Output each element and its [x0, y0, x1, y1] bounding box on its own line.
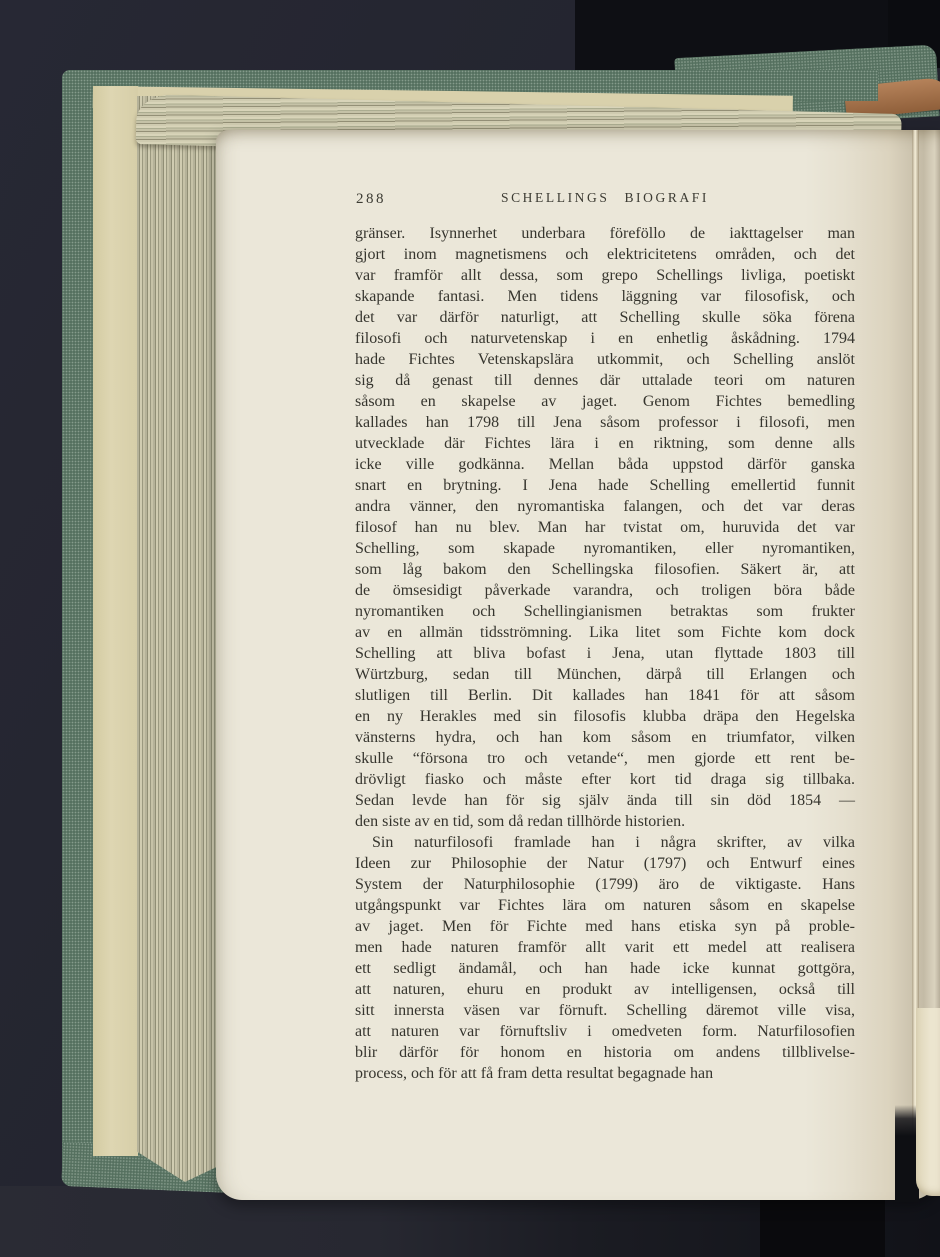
text-line: att naturen var förnuftsliv i omedveten … — [355, 1021, 855, 1042]
text-line: skulle “försona tro och vetande“, men gj… — [355, 748, 855, 769]
text-line: men hade naturen framför allt varit ett … — [355, 937, 855, 958]
text-line: ett sedligt ändamål, och han hade icke k… — [355, 958, 855, 979]
text-line: nyromantiken och Schellingianismen betra… — [355, 601, 855, 622]
text-line: en ny Herakles med sin filosofis klubba … — [355, 706, 855, 727]
text-line: såsom en skapelse av jaget. Genom Fichte… — [355, 391, 855, 412]
text-line: process, och för att få fram detta resul… — [355, 1063, 855, 1084]
text-line: andra vänner, den nyromantiska falangen,… — [355, 496, 855, 517]
page-text-block: 288 SCHELLINGS BIOGRAFI gränser. Isynner… — [355, 190, 855, 1084]
text-line: utgångspunkt var Fichtes lära om naturen… — [355, 895, 855, 916]
text-line: av jaget. Men för Fichte med hans etiska… — [355, 916, 855, 937]
text-line: snart en brytning. I Jena hade Schelling… — [355, 475, 855, 496]
background-bottom-black — [760, 1198, 885, 1257]
text-line: kallades han 1798 till Jena såsom profes… — [355, 412, 855, 433]
text-line: den siste av en tid, som då redan tillhö… — [355, 811, 855, 832]
facing-page-edge — [916, 1008, 940, 1196]
text-line: Würtzburg, sedan till München, därpå til… — [355, 664, 855, 685]
text-line: filosofi och naturvetenskap i en enhetli… — [355, 328, 855, 349]
book-endpaper — [93, 86, 138, 1156]
text-line: att naturen, ehuru en produkt av intelli… — [355, 979, 855, 1000]
text-line: Schelling att bliva bofast i Jena, utan … — [355, 643, 855, 664]
text-line: sitt innersta väsen var förnuft. Schelli… — [355, 1000, 855, 1021]
text-line: hade Fichtes Vetenskapslära utkommit, oc… — [355, 349, 855, 370]
text-line: icke ville godkänna. Mellan båda uppstod… — [355, 454, 855, 475]
book-page: 288 SCHELLINGS BIOGRAFI gränser. Isynner… — [216, 130, 940, 1200]
text-line: det var därför naturligt, att Schelling … — [355, 307, 855, 328]
text-line: System der Naturphilosophie (1799) äro d… — [355, 874, 855, 895]
text-line: skapande fantasi. Men tidens läggning va… — [355, 286, 855, 307]
text-line: Ideen zur Philosophie der Natur (1797) o… — [355, 853, 855, 874]
text-line: de ömsesidigt påverkade varandra, och tr… — [355, 580, 855, 601]
text-line: Sedan levde han för sig själv ända till … — [355, 790, 855, 811]
text-line: utvecklade där Fichtes lära i en riktnin… — [355, 433, 855, 454]
text-line: gränser. Isynnerhet underbara föreföllo … — [355, 223, 855, 244]
text-line: filosof han nu blev. Man har tvistat om,… — [355, 517, 855, 538]
text-line: sig då genast till dennes där uttalade t… — [355, 370, 855, 391]
page-edges-left — [137, 96, 217, 1182]
page-number: 288 — [356, 191, 386, 208]
page-header-row: 288 SCHELLINGS BIOGRAFI — [355, 190, 855, 210]
text-line: Schelling, som skapade nyromantiken, ell… — [355, 538, 855, 559]
text-line: gjort inom magnetismens och elektricitet… — [355, 244, 855, 265]
text-line: var framför allt dessa, som grepo Schell… — [355, 265, 855, 286]
body-text: gränser. Isynnerhet underbara föreföllo … — [355, 223, 855, 1084]
book-cover-left-edge — [62, 70, 93, 1182]
text-line: blir därför för honom en historia om and… — [355, 1042, 855, 1063]
text-line: Sin naturfilosofi framlade han i några s… — [355, 832, 855, 853]
running-header: SCHELLINGS BIOGRAFI — [355, 190, 855, 206]
text-line: slutligen till Berlin. Dit kallades han … — [355, 685, 855, 706]
text-line: drövligt fiasko och måste efter kort tid… — [355, 769, 855, 790]
text-line: av en allmän tidsströmning. Lika litet s… — [355, 622, 855, 643]
book-photo: 288 SCHELLINGS BIOGRAFI gränser. Isynner… — [0, 0, 940, 1257]
text-line: som låg bakom den Schellingska filosofie… — [355, 559, 855, 580]
text-line: vänsterns hydra, och han kom såsom en tr… — [355, 727, 855, 748]
